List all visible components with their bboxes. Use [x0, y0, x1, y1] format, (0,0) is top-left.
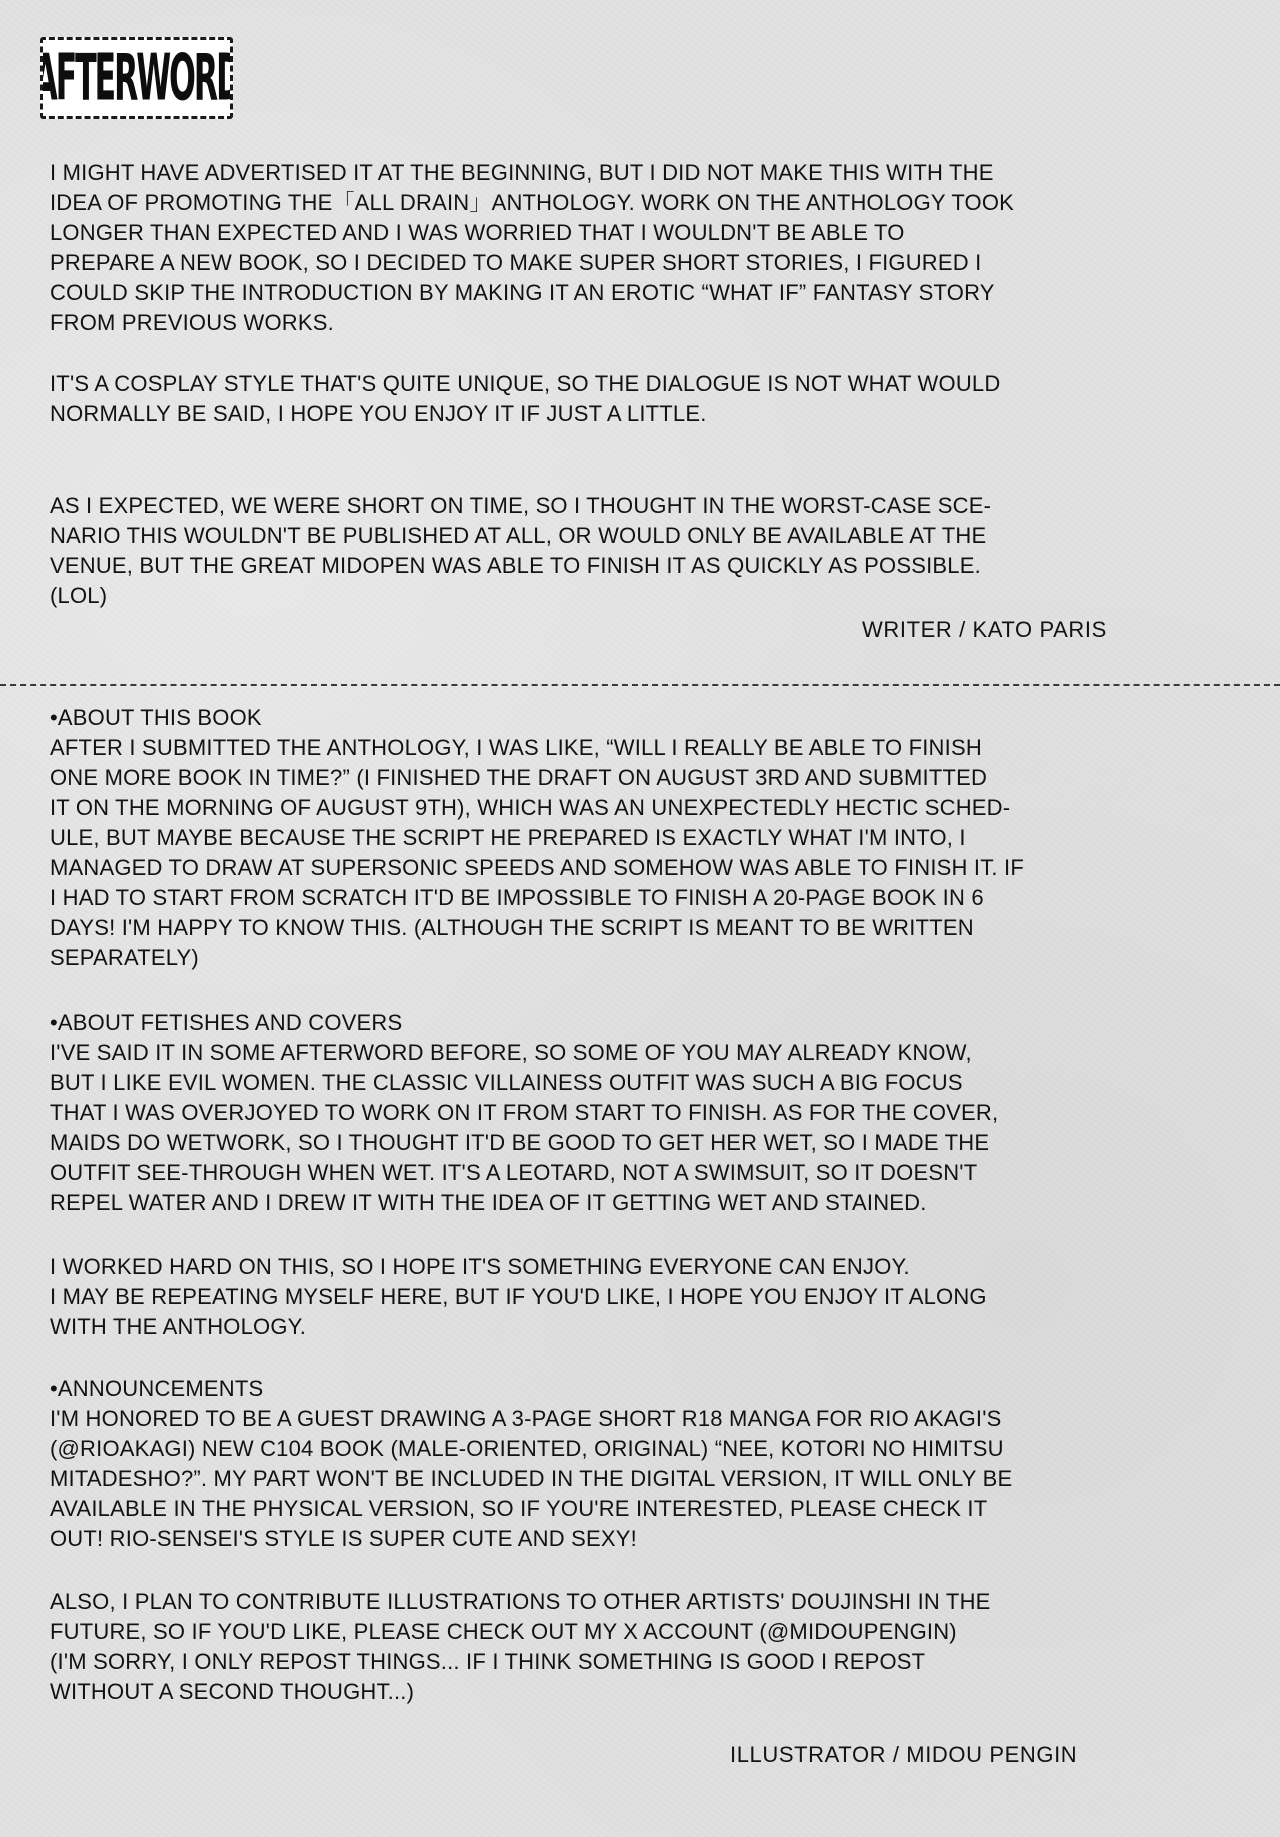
- title-box: AFTERWORD: [40, 37, 233, 119]
- paragraph-line: MAIDS DO WETWORK, SO I THOUGHT IT'D BE G…: [50, 1128, 989, 1158]
- section-divider: [0, 684, 1280, 686]
- paragraph-line: AFTER I SUBMITTED THE ANTHOLOGY, I WAS L…: [50, 733, 982, 763]
- paragraph-line: FROM PREVIOUS WORKS.: [50, 308, 334, 338]
- page-title: AFTERWORD: [40, 41, 233, 115]
- paragraph-line: DAYS! I'M HAPPY TO KNOW THIS. (ALTHOUGH …: [50, 913, 974, 943]
- paragraph-line: VENUE, BUT THE GREAT MIDOPEN WAS ABLE TO…: [50, 551, 981, 581]
- paragraph-line: AS I EXPECTED, WE WERE SHORT ON TIME, SO…: [50, 491, 991, 521]
- paragraph-line: FUTURE, SO IF YOU'D LIKE, PLEASE CHECK O…: [50, 1617, 957, 1647]
- paragraph-line: IT ON THE MORNING OF AUGUST 9TH), WHICH …: [50, 793, 1010, 823]
- paragraph-line: OUT! RIO-SENSEI'S STYLE IS SUPER CUTE AN…: [50, 1524, 637, 1554]
- paragraph-line: ONE MORE BOOK IN TIME?” (I FINISHED THE …: [50, 763, 987, 793]
- paragraph-line: WITH THE ANTHOLOGY.: [50, 1312, 306, 1342]
- paragraph-line: AVAILABLE IN THE PHYSICAL VERSION, SO IF…: [50, 1494, 987, 1524]
- paragraph-line: PREPARE A NEW BOOK, SO I DECIDED TO MAKE…: [50, 248, 981, 278]
- paragraph-line: (@RIOAKAGI) NEW C104 BOOK (MALE-ORIENTED…: [50, 1434, 1004, 1464]
- paragraph-line: (I'M SORRY, I ONLY REPOST THINGS... IF I…: [50, 1647, 925, 1677]
- paragraph-line: REPEL WATER AND I DREW IT WITH THE IDEA …: [50, 1188, 927, 1218]
- paragraph-line: OUTFIT SEE-THROUGH WHEN WET. IT'S A LEOT…: [50, 1158, 977, 1188]
- paragraph-line: NORMALLY BE SAID, I HOPE YOU ENJOY IT IF…: [50, 399, 707, 429]
- paragraph-line: SEPARATELY): [50, 943, 199, 973]
- paragraph-line: MITADESHO?”. MY PART WON'T BE INCLUDED I…: [50, 1464, 1012, 1494]
- illustrator-signature: ILLUSTRATOR / MIDOU PENGIN: [730, 1740, 1077, 1770]
- paragraph-line: NARIO THIS WOULDN'T BE PUBLISHED AT ALL,…: [50, 521, 986, 551]
- paragraph-line: I WORKED HARD ON THIS, SO I HOPE IT'S SO…: [50, 1252, 910, 1282]
- section-heading: •ABOUT THIS BOOK: [50, 703, 262, 733]
- paragraph-line: I'M HONORED TO BE A GUEST DRAWING A 3-PA…: [50, 1404, 1002, 1434]
- paragraph-line: LONGER THAN EXPECTED AND I WAS WORRIED T…: [50, 218, 905, 248]
- section-heading: •ABOUT FETISHES AND COVERS: [50, 1008, 402, 1038]
- paragraph-line: ALSO, I PLAN TO CONTRIBUTE ILLUSTRATIONS…: [50, 1587, 991, 1617]
- section-heading: •ANNOUNCEMENTS: [50, 1374, 263, 1404]
- writer-signature: WRITER / KATO PARIS: [862, 615, 1107, 645]
- paragraph-line: BUT I LIKE EVIL WOMEN. THE CLASSIC VILLA…: [50, 1068, 963, 1098]
- paragraph-line: I'VE SAID IT IN SOME AFTERWORD BEFORE, S…: [50, 1038, 972, 1068]
- paragraph-line: COULD SKIP THE INTRODUCTION BY MAKING IT…: [50, 278, 995, 308]
- paragraph-line: THAT I WAS OVERJOYED TO WORK ON IT FROM …: [50, 1098, 998, 1128]
- paragraph-line: I MIGHT HAVE ADVERTISED IT AT THE BEGINN…: [50, 158, 994, 188]
- paragraph-line: I HAD TO START FROM SCRATCH IT'D BE IMPO…: [50, 883, 984, 913]
- paragraph-line: (LOL): [50, 581, 107, 611]
- paragraph-line: I MAY BE REPEATING MYSELF HERE, BUT IF Y…: [50, 1282, 987, 1312]
- paragraph-line: IT'S A COSPLAY STYLE THAT'S QUITE UNIQUE…: [50, 369, 1000, 399]
- paragraph-line: WITHOUT A SECOND THOUGHT...): [50, 1677, 414, 1707]
- paragraph-line: ULE, BUT MAYBE BECAUSE THE SCRIPT HE PRE…: [50, 823, 966, 853]
- paragraph-line: MANAGED TO DRAW AT SUPERSONIC SPEEDS AND…: [50, 853, 1024, 883]
- paragraph-line: IDEA OF PROMOTING THE「ALL DRAIN」ANTHOLOG…: [50, 188, 1014, 218]
